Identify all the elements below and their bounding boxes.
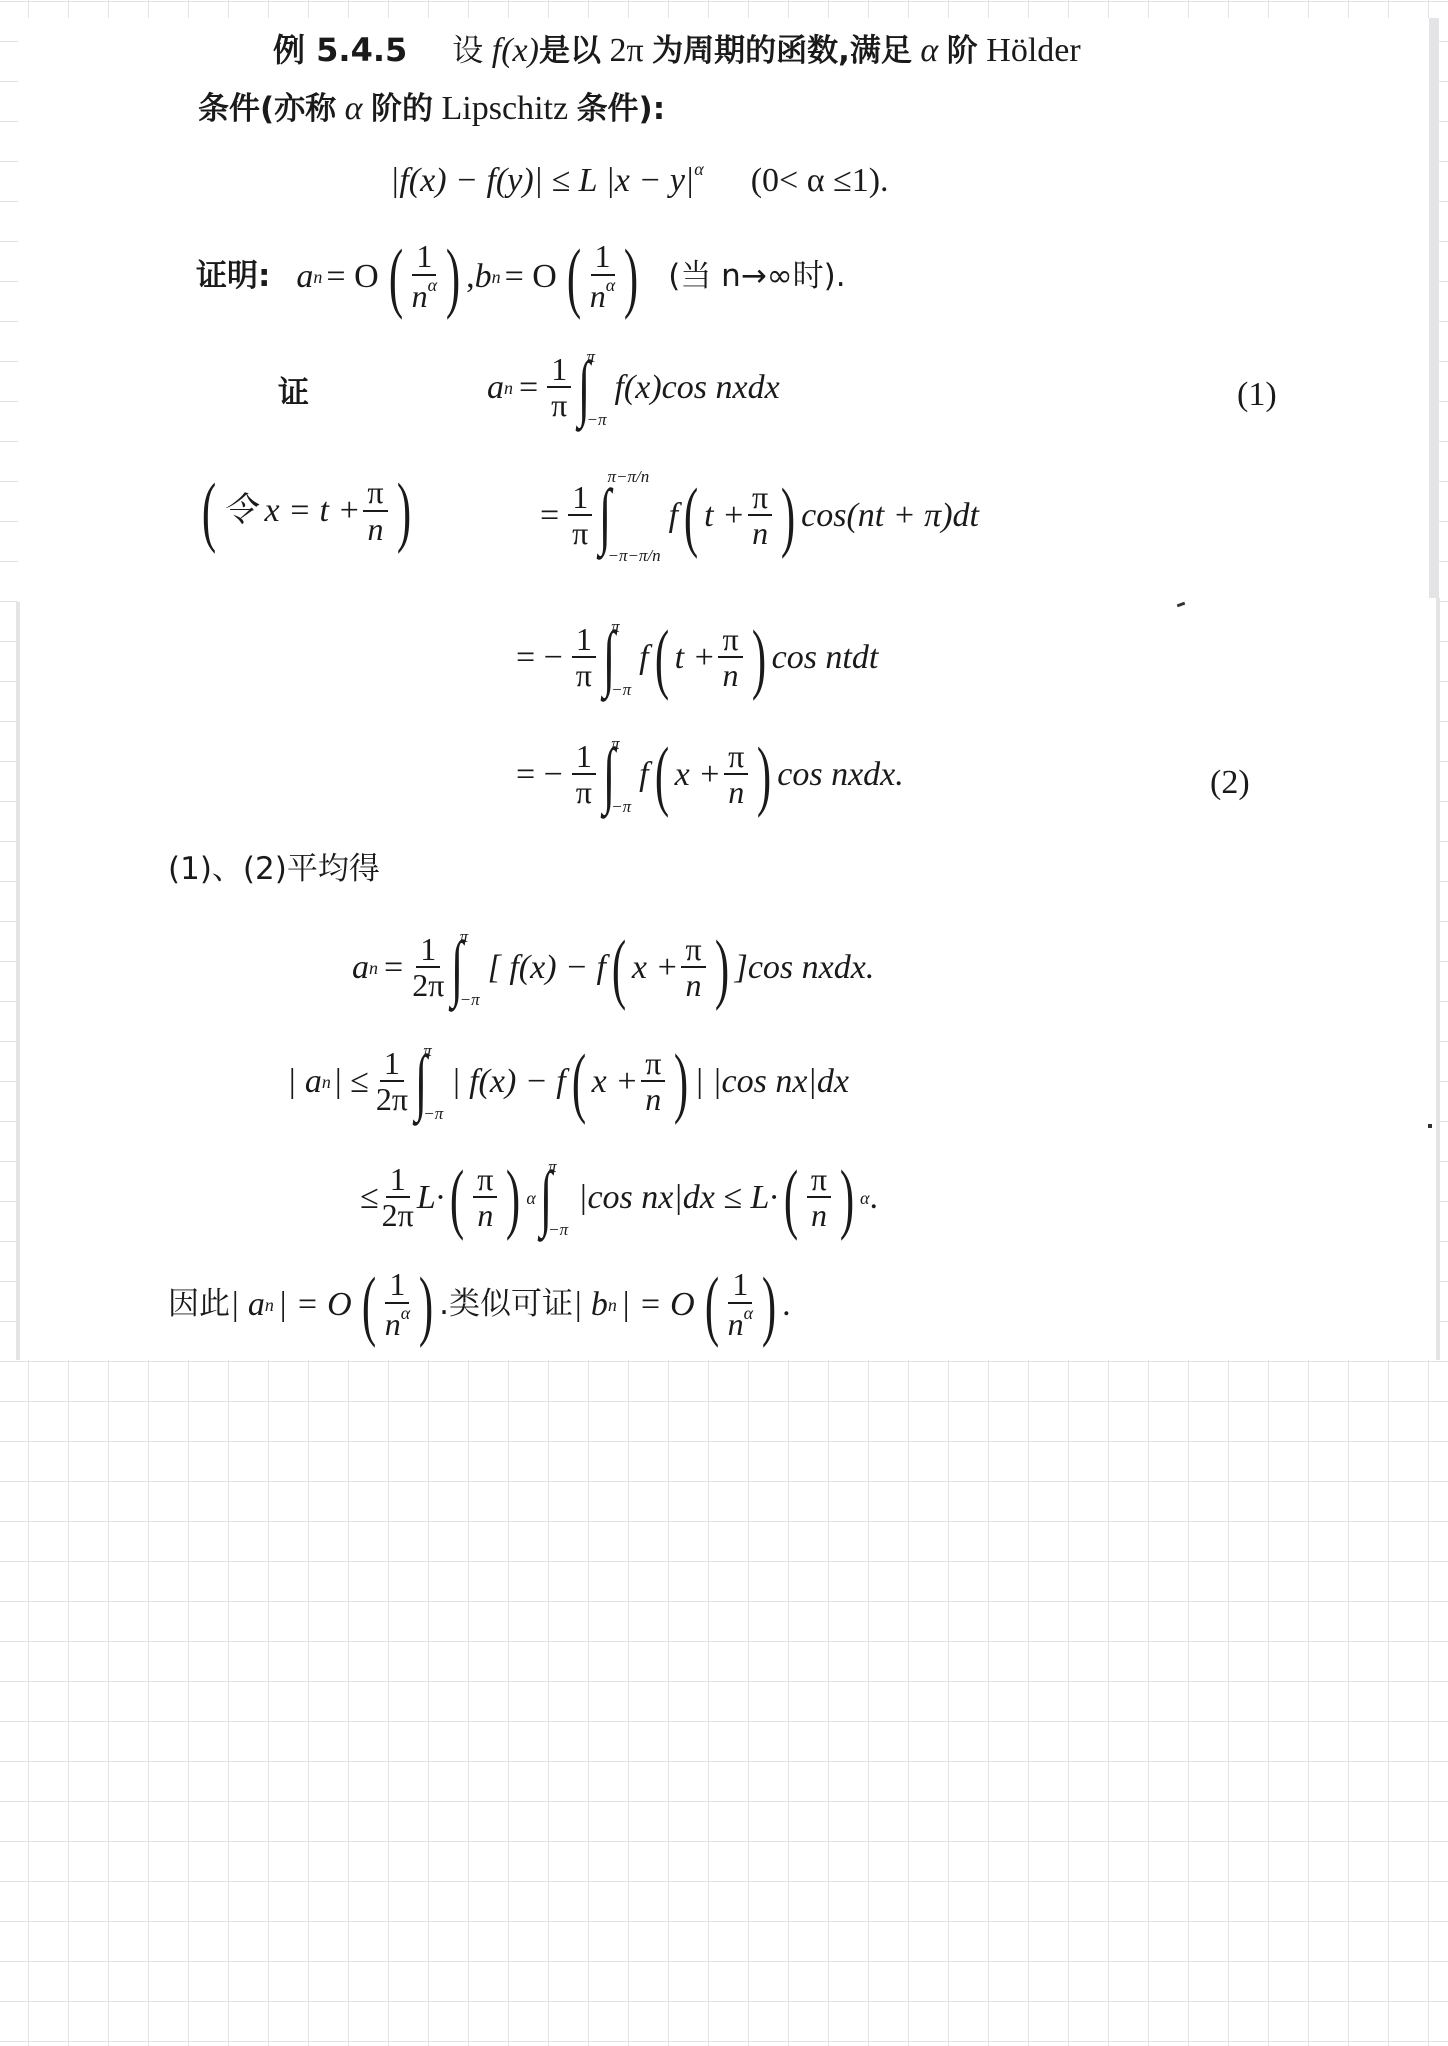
page-edge-right xyxy=(1429,18,1439,598)
inequality-exponent: α xyxy=(694,159,703,179)
comma: , xyxy=(466,260,475,294)
scan-speck xyxy=(1428,1124,1432,1128)
fraction-1-over-pi: 1π xyxy=(547,353,571,424)
equation-number-1: (1) xyxy=(1237,376,1277,414)
example-line-2: 条件(亦称 α 阶的 Lipschitz 条件): xyxy=(198,92,665,126)
an-symbol: a xyxy=(296,260,313,294)
fraction-1-over-n-alpha: 1nα xyxy=(412,240,437,314)
alpha-symbol: α xyxy=(345,90,363,127)
example-text-a: 是以 xyxy=(539,33,601,69)
integral-sign: ∫π−π/n−π−π/n xyxy=(595,468,660,564)
right-paren: ) xyxy=(446,246,460,308)
substitution-note: ( 令 x = t + πn ) xyxy=(196,476,417,547)
example-text-b: 为周期的函数,满足 xyxy=(652,33,912,69)
equation-3: an = 12π ∫π−π [ f(x) − f (x + πn )]cos n… xyxy=(352,928,874,1008)
integral-sign: ∫π−π xyxy=(447,928,479,1008)
conclusion-line: 因此 | an | = O ( 1nα ) .类似可证 | bn | = O (… xyxy=(168,1268,791,1342)
alpha-range: (0< α ≤1). xyxy=(751,162,889,199)
inequality-lhs: |f(x) − f(y)| ≤ L |x − y| xyxy=(390,162,694,199)
page-edge-right-lower xyxy=(1436,598,1440,1360)
page-edge-left xyxy=(16,602,20,1360)
claim-label: 证明: xyxy=(196,261,270,292)
equation-2: = − 1π ∫π−π f (x + πn )cos nxdx. xyxy=(516,735,904,815)
average-text: (1)、(2)平均得 xyxy=(168,854,380,885)
function-fx: f(x) xyxy=(492,32,539,69)
equation-5: ≤ 12π L· ( πn )α ∫π−π |cos nx|dx ≤ L· ( … xyxy=(360,1158,878,1238)
example-label: 例 5.4.5 xyxy=(273,31,407,69)
equation-4: | an | ≤ 12π ∫π−π | f(x) − f (x + πn )| … xyxy=(287,1042,849,1122)
lipschitz-text: Lipschitz xyxy=(442,90,569,127)
limit-condition: (当 n→∞时). xyxy=(668,261,845,292)
equation-1c: = − 1π ∫π−π f (t + πn )cos ntdt xyxy=(516,618,878,698)
holder-text: Hölder xyxy=(986,32,1080,69)
condition-text-b: 阶的 xyxy=(371,91,433,127)
integral-sign: ∫π−π xyxy=(411,1042,443,1122)
order-text: 阶 xyxy=(947,33,978,69)
condition-text-a: 条件(亦称 xyxy=(198,91,336,127)
period-2pi: 2π xyxy=(609,32,643,69)
holder-inequality: |f(x) − f(y)| ≤ L |x − y|α (0< α ≤1). xyxy=(390,160,889,198)
example-prefix: 设 xyxy=(452,33,483,69)
subscript-n: n xyxy=(313,268,322,286)
fraction-1-over-n-alpha: 1nα xyxy=(590,240,615,314)
integral-sign: ∫π−π xyxy=(574,348,606,428)
proof-label: 证 xyxy=(278,378,309,409)
example-line-1: 例 5.4.5 设 f(x)是以 2π 为周期的函数,满足 α 阶 Hölder xyxy=(273,34,1081,68)
equation-number-2: (2) xyxy=(1210,764,1250,802)
claim-line: 证明: an = O ( 1nα ), bn = O ( 1nα ) (当 n→… xyxy=(196,240,846,314)
condition-text-c: 条件): xyxy=(577,91,666,127)
integral-sign: ∫π−π xyxy=(536,1158,568,1238)
equation-1b: = 1π ∫π−π/n−π−π/n f (t + πn )cos(nt + π)… xyxy=(540,468,979,564)
left-paren: ( xyxy=(388,246,402,308)
integral-sign: ∫π−π xyxy=(599,735,631,815)
equation-1: an = 1π ∫π−π f(x)cos nxdx xyxy=(487,348,780,428)
integral-sign: ∫π−π xyxy=(599,618,631,698)
alpha-symbol: α xyxy=(920,32,938,69)
bn-symbol: b xyxy=(475,260,492,294)
equals-O: = O xyxy=(326,260,378,294)
